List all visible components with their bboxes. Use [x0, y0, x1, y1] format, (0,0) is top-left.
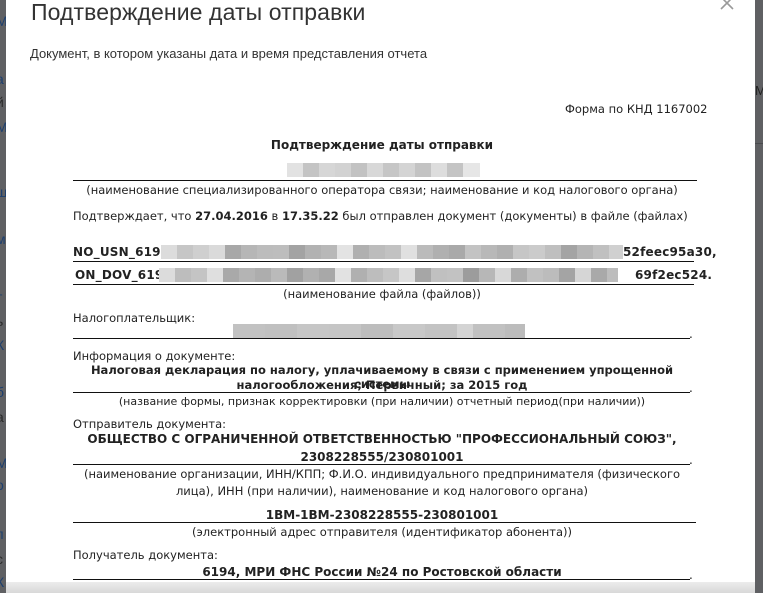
recipient-label: Получатель документа: [73, 548, 218, 562]
document-info-label: Информация о документе: [73, 349, 235, 363]
background-text-fragment: т [0, 290, 2, 304]
sender-value: ОБЩЕСТВО С ОГРАНИЧЕННОЙ ОТВЕТСТВЕННОСТЬЮ… [67, 432, 697, 446]
background-text-fragment: а [0, 410, 4, 424]
background-text-fragment: й [0, 95, 4, 109]
file-name-start: NO_USN_619 [73, 245, 161, 259]
send-date: 27.04.2016 [195, 209, 268, 223]
files-caption: (наименование файла (файлов)) [67, 287, 697, 301]
file-name-start: ON_DOV_619 [75, 268, 163, 282]
recipient-underline [73, 579, 690, 580]
document-info-value: налогообложения; Первичный; за 2015 год [67, 378, 697, 392]
send-time: 17.35.22 [282, 209, 339, 223]
redacted-taxpayer-name [233, 324, 525, 338]
background-text-fragment: К [0, 575, 4, 589]
sender-underline [73, 464, 690, 465]
background-page-right: М [755, 0, 763, 593]
background-text-fragment: п [0, 527, 4, 541]
document-info-caption: (название формы, признак корректировки (… [67, 395, 697, 408]
taxpayer-label: Налогоплательщик: [73, 311, 195, 325]
modal-title: Подтверждение даты отправки [31, 0, 366, 26]
background-divider [755, 143, 763, 144]
redacted-file-name [159, 268, 634, 282]
document-title: Подтверждение даты отправки [67, 138, 697, 152]
file-name-end: 69f2ec524. [635, 268, 712, 282]
confirmation-text: Подтверждает, что 27.04.2016 в 17.35.22 … [73, 208, 697, 224]
operator-underline [73, 180, 697, 181]
sender-caption: (наименование организации, ИНН/КПП; Ф.И.… [67, 467, 697, 481]
background-text-fragment: ь [0, 314, 3, 328]
file-name-end: 52feec95a30, [623, 245, 717, 259]
file-underline [73, 261, 694, 262]
close-button[interactable] [718, 0, 736, 12]
recipient-value: 6194, МРИ ФНС России №24 по Ростовской о… [67, 565, 697, 579]
taxpayer-underline [73, 338, 690, 339]
sender-caption: лица), ИНН (при наличии), наименование и… [67, 484, 697, 498]
sender-address: 1BM-1BM-2308228555-230801001 [67, 508, 697, 522]
send-date-confirmation-modal: Подтверждение даты отправки Документ, в … [6, 0, 755, 588]
background-text-fragment: с [0, 552, 3, 566]
file-underline [73, 284, 694, 285]
modal-scroll-edge [6, 582, 755, 593]
form-code: Форма по КНД 1167002 [565, 102, 708, 116]
sender-value: 2308228555/230801001 [67, 450, 697, 464]
sender-label: Отправитель документа: [73, 417, 226, 431]
redacted-operator-name [287, 163, 480, 177]
modal-description: Документ, в котором указаны дата и время… [30, 46, 427, 61]
background-text-fragment: о [0, 478, 4, 492]
redacted-file-name [161, 245, 623, 259]
sender-address-underline [73, 522, 696, 523]
background-text-fragment: м [0, 232, 6, 246]
operator-caption: (наименование специализированного операт… [67, 183, 697, 197]
background-text-fragment: а [0, 72, 4, 86]
background-text-fragment: б [0, 385, 4, 399]
sender-address-caption: (электронный адрес отправителя (идентифи… [67, 525, 697, 539]
background-text-fragment: М [755, 84, 763, 98]
document-info-underline [73, 392, 690, 393]
background-text-fragment: К [0, 338, 4, 352]
close-icon [718, 0, 736, 12]
